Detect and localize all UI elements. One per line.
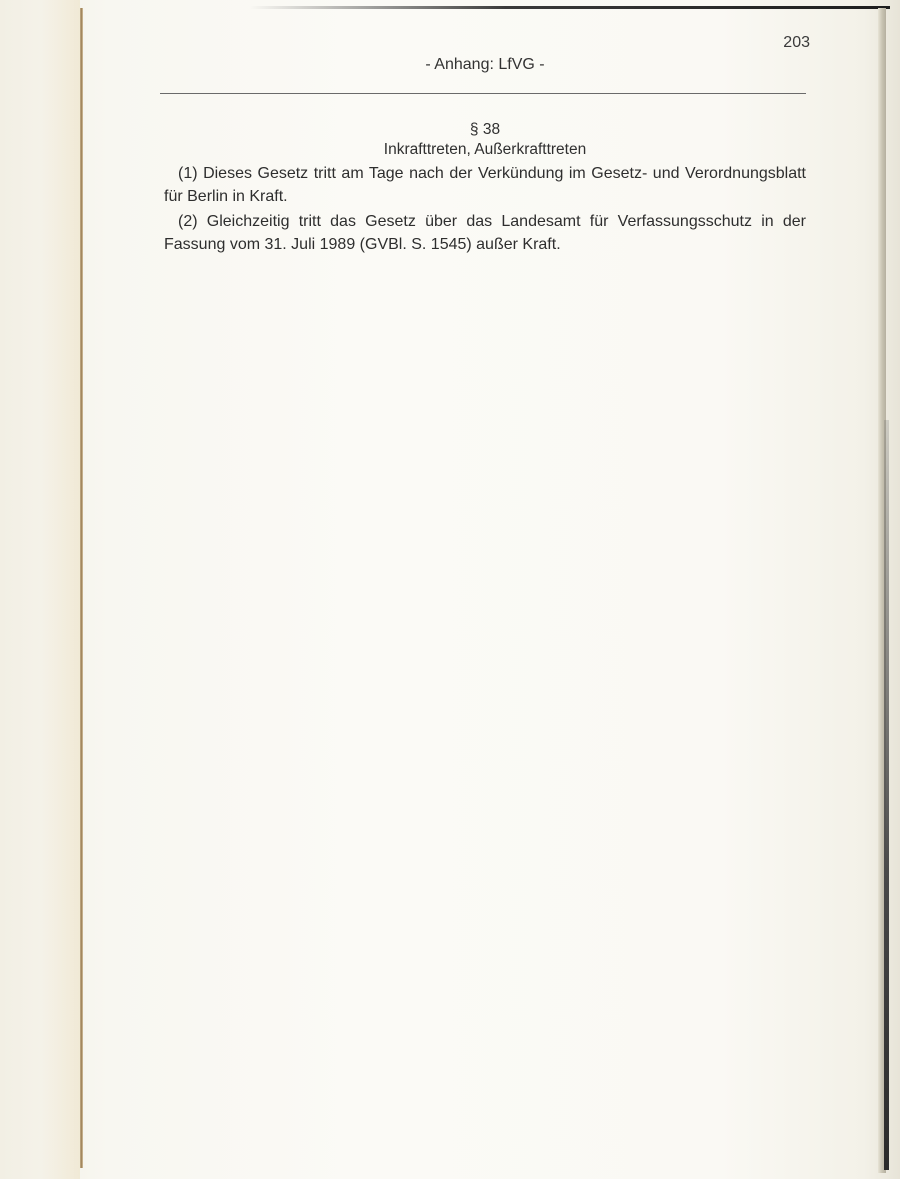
- book-spine-shadow: [40, 0, 80, 1179]
- section-title: Inkrafttreten, Außerkrafttreten: [164, 140, 806, 160]
- book-spine-edge: [80, 8, 83, 1168]
- paragraph-2: (2) Gleichzeitig tritt das Gesetz über d…: [164, 210, 806, 256]
- header-rule: [160, 93, 806, 94]
- section-number: § 38: [164, 120, 806, 140]
- law-section: § 38 Inkrafttreten, Außerkrafttreten (1)…: [164, 120, 806, 256]
- paragraph-1: (1) Dieses Gesetz tritt am Tage nach der…: [164, 162, 806, 208]
- running-head: - Anhang: LfVG -: [160, 56, 810, 74]
- page-stack-shadow: [884, 420, 889, 1170]
- page-top-edge: [250, 6, 890, 9]
- page-number: 203: [770, 34, 810, 52]
